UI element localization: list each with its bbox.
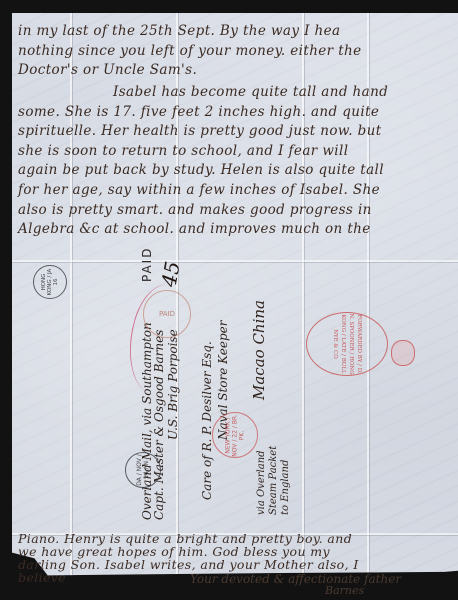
wax-seal-remnant <box>391 340 415 366</box>
paid-transit-postmark: PAID <box>143 290 191 338</box>
hong-kong-forwarder-oval-stamp: FORWARDED BY / D. N. SPOONER / HONG KONG… <box>306 312 388 376</box>
letter-line: spirituelle. Her health is pretty good j… <box>18 122 448 142</box>
arrival-datestamp: DA / NOV / 14 / N <box>125 452 161 488</box>
letter-top-text: in my last of the 25th Sept. By the way … <box>18 22 448 81</box>
paid-marking: PAID <box>140 247 154 282</box>
address-line: to England <box>280 460 291 515</box>
letter-line: Doctor's or Uncle Sam's. <box>18 61 448 81</box>
address-line: Macao China <box>250 300 268 400</box>
letter-line: Algebra &c at school. and improves much … <box>18 220 448 240</box>
new-york-postmark: NEW YORK / NOV / 22 / BR. PK. <box>212 412 258 458</box>
fold-line <box>12 260 458 262</box>
left-edge-datestamp: HONG KONG / JA 16 <box>33 265 67 299</box>
letter-line: also is pretty smart. and makes good pro… <box>18 201 448 221</box>
letter-line: some. She is 17. five feet 2 inches high… <box>18 103 448 123</box>
letter-paragraph: Isabel has become quite tall and hand so… <box>18 83 448 240</box>
letter-line: darling Son. Isabel writes, and your Mot… <box>18 558 448 571</box>
letter-line: for her age, say within a few inches of … <box>18 181 448 201</box>
signature: Barnes <box>325 584 364 597</box>
address-line: via Overland <box>256 450 267 515</box>
closing-line: Your devoted & affectionate father <box>190 572 401 586</box>
address-line: Care of R. P. Desilver Esq. <box>200 341 214 500</box>
letter-line: nothing since you left of your money. ei… <box>18 42 448 62</box>
address-line: Steam Packet <box>268 446 279 515</box>
letter-line: again be put back by study. Helen is als… <box>18 161 448 181</box>
letter-line: she is soon to return to school, and I f… <box>18 142 448 162</box>
letter-line: Isabel has become quite tall and hand <box>18 83 448 103</box>
letter-line: in my last of the 25th Sept. By the way … <box>18 22 448 42</box>
